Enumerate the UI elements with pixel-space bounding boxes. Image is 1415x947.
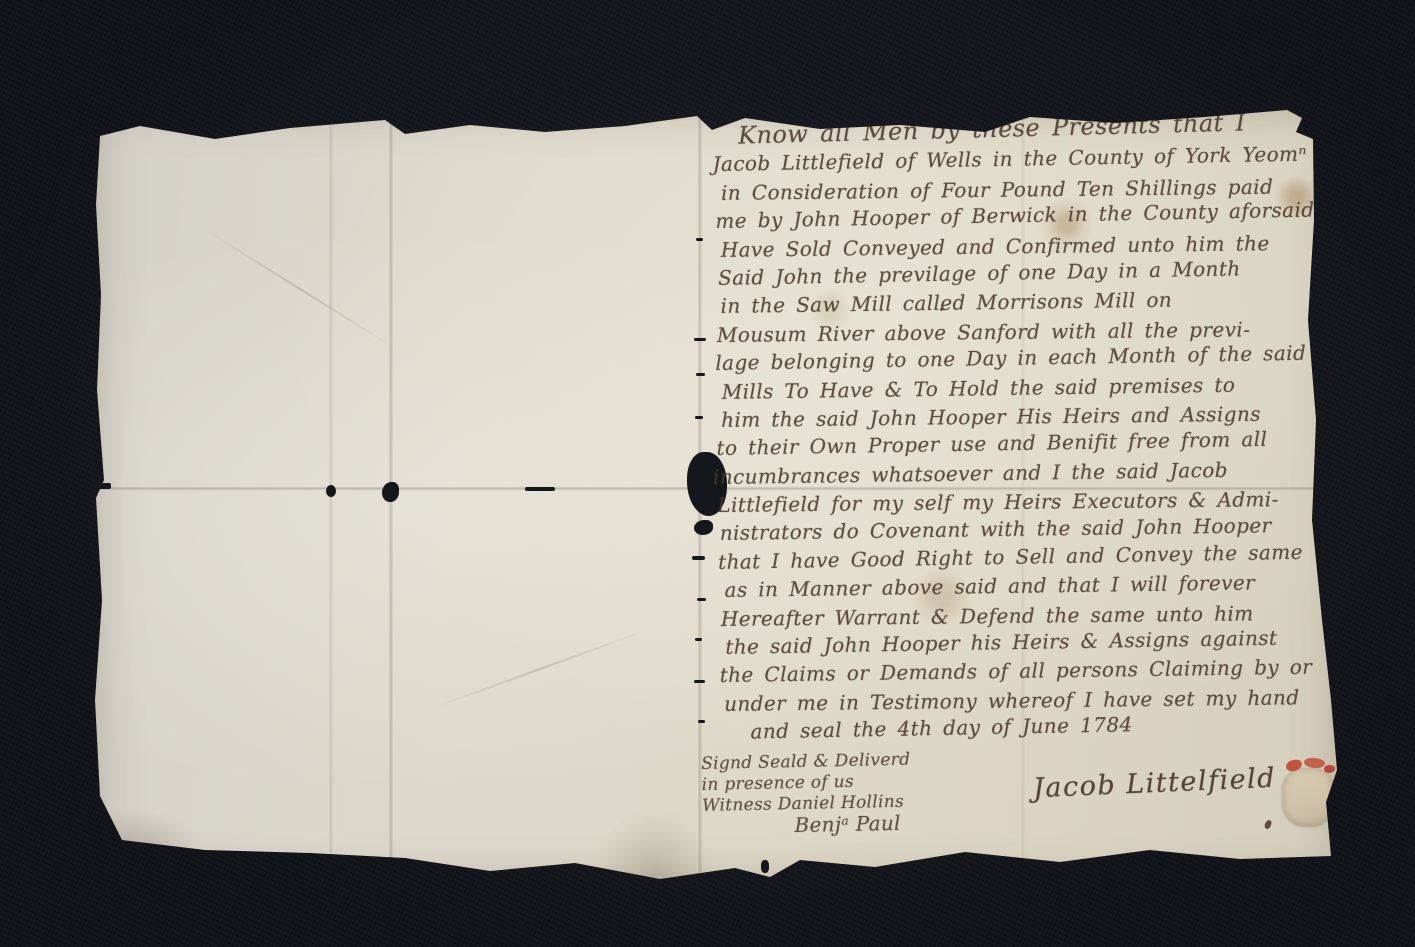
paper-hole — [694, 520, 713, 535]
fold-tear-mark — [97, 483, 111, 489]
manuscript-paper: Know all Men by these Presents that I Ja… — [95, 108, 1340, 883]
signature-jacob-littelfield: Jacob Littelfield — [1032, 763, 1276, 805]
fold-tear-mark — [698, 720, 705, 723]
fold-tear-mark — [525, 487, 555, 491]
seal-patch — [1282, 768, 1334, 826]
fold-tear-mark — [696, 238, 703, 241]
fold-tear-mark — [694, 680, 705, 683]
paper-hole — [326, 485, 336, 497]
ink-speck — [291, 908, 295, 912]
fold-tear-mark — [761, 860, 769, 873]
fold-tear-mark — [692, 556, 705, 560]
photo-background: Know all Men by these Presents that I Ja… — [0, 0, 1415, 947]
fold-tear-mark — [696, 373, 705, 376]
wrinkle-crease — [432, 629, 649, 710]
fold-tear-mark — [694, 338, 706, 341]
fold-tear-mark — [695, 416, 703, 419]
wrinkle-crease — [202, 227, 398, 351]
fold-tear-mark — [695, 638, 702, 641]
attestation-block: Signd Seald & Deliverd in presence of us… — [701, 750, 912, 838]
paper-hole — [382, 482, 399, 502]
wax-seal-remnant — [1280, 758, 1338, 828]
ink-speck — [1264, 819, 1273, 830]
red-wax-fragment — [1324, 765, 1335, 773]
manuscript-text: Know all Men by these Presents that I Ja… — [712, 113, 1336, 772]
witness-signature-benja-paul: Benjᵃ Paul — [794, 813, 912, 836]
fold-tear-mark — [697, 598, 706, 601]
